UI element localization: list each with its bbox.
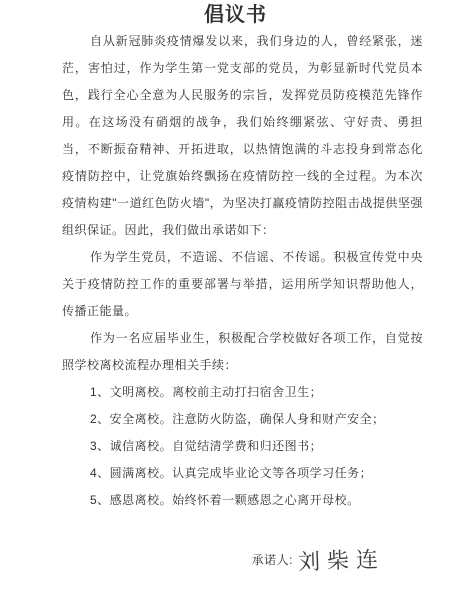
signature-handwritten-name: 刘柴连 (297, 542, 385, 576)
document-body: 自从新冠肺炎疫情爆发以来，我们身边的人，曾经紧张，迷茫，害怕过，作为学生第一党支… (0, 28, 471, 575)
list-item-grateful-leaving: 5、感恩离校。始终怀着一颗感恩之心离开母校。 (90, 487, 423, 514)
paragraph-intro: 自从新冠肺炎疫情爆发以来，我们身边的人，曾经紧张，迷茫，害怕过，作为学生第一党支… (62, 28, 423, 244)
list-item-civilized-leaving: 1、文明离校。离校前主动打扫宿舍卫生； (90, 379, 423, 406)
signature-row: 承诺人: 刘柴连 (62, 544, 423, 575)
list-item-complete-leaving: 4、圆满离校。认真完成毕业论文等各项学习任务； (90, 460, 423, 487)
leaving-school-pledge-list: 1、文明离校。离校前主动打扫宿舍卫生； 2、安全离校。注意防火防盗，确保人身和财… (62, 379, 423, 514)
list-item-honest-leaving: 3、诚信离校。自觉结清学费和归还图书； (90, 433, 423, 460)
paragraph-graduate-pledge: 作为一名应届毕业生，积极配合学校做好各项工作，自觉按照学校离校流程办理相关手续： (62, 325, 423, 379)
document-title: 倡议书 (0, 2, 471, 28)
list-item-safe-leaving: 2、安全离校。注意防火防盗，确保人身和财产安全； (90, 406, 423, 433)
paragraph-party-member-pledge: 作为学生党员，不造谣、不信谣、不传谣。积极宣传党中央关于疫情防控工作的重要部署与… (62, 244, 423, 325)
document-page: 倡议书 自从新冠肺炎疫情爆发以来，我们身边的人，曾经紧张，迷茫，害怕过，作为学生… (0, 0, 471, 608)
signature-label: 承诺人: (252, 551, 293, 568)
